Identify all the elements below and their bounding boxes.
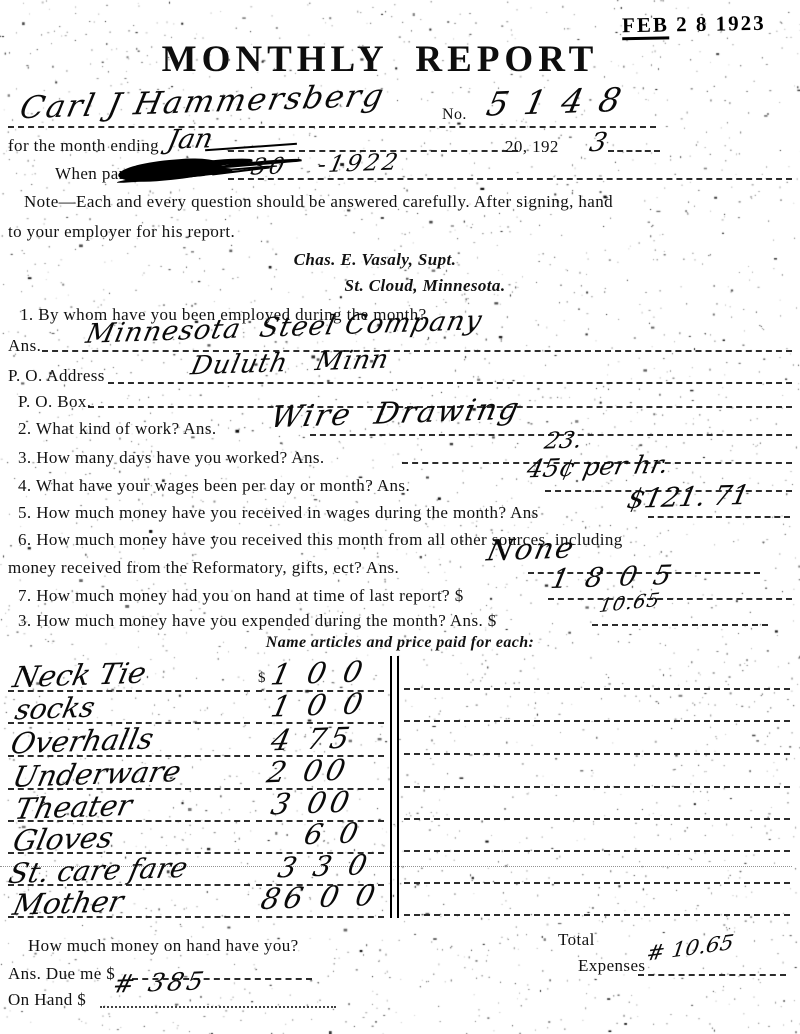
dashed-rule	[8, 126, 656, 128]
question-8-label: 3. How much money have you expended duri…	[18, 611, 497, 631]
expense-item-name: socks	[12, 691, 98, 727]
po-box-label: P. O. Box.	[18, 392, 91, 412]
stamp-month: FEB	[622, 12, 669, 40]
stamp-day-year: 2 8 1923	[676, 11, 766, 37]
date-suffix: 20, 192	[505, 137, 559, 157]
onhand-label: On Hand $	[8, 990, 86, 1010]
po-address-label: P. O. Address	[8, 366, 105, 386]
expense-item-name: Gloves	[10, 820, 116, 857]
dashed-rule	[108, 382, 792, 384]
answer-5-handwritten: $121. 71	[624, 480, 752, 515]
dashed-rule	[648, 516, 790, 518]
dotted-rule	[100, 1006, 336, 1008]
expense-item-name: Mother	[10, 884, 127, 922]
due-me-label: Ans. Due me $	[8, 964, 115, 984]
dashed-rule	[404, 882, 790, 884]
note-line1: Note—Each and every question should be a…	[24, 192, 613, 212]
dashed-rule	[404, 914, 790, 916]
table-column-divider	[390, 656, 399, 918]
expense-item-price: 86 0 0	[258, 878, 382, 916]
dashed-rule	[592, 624, 768, 626]
expense-item-name: Theater	[12, 788, 135, 826]
paroled-date-handwritten: 30 -1922	[249, 149, 403, 180]
month-ending-label: for the month ending	[8, 136, 159, 156]
dashed-rule	[404, 850, 790, 852]
received-date-stamp: FEB 2 8 1923	[622, 11, 766, 39]
question-6-line2: money received from the Reformatory, gif…	[8, 558, 399, 578]
no-label: No.	[442, 106, 467, 124]
note-line2: to your employer for his report.	[8, 222, 235, 242]
answer-4-handwritten: 45¢ per hr.	[524, 450, 671, 484]
expense-item-price: 6 0	[262, 816, 365, 852]
dashed-rule	[404, 818, 790, 820]
expenses-label: Expenses	[578, 956, 645, 976]
dashed-rule	[608, 150, 660, 152]
dashed-rule	[256, 916, 384, 918]
answer-3-handwritten: 23.	[542, 427, 584, 454]
expense-item-name: Neck Tie	[10, 656, 150, 695]
answer-1-label: Ans.	[8, 336, 41, 356]
currency-symbol: $	[258, 670, 266, 687]
expense-item-price: 1 0 0	[268, 686, 370, 723]
expense-table-heading: Name articles and price paid for each:	[200, 634, 600, 652]
superintendent-name: Chas. E. Vasaly, Supt.	[150, 250, 600, 270]
dashed-rule	[638, 974, 786, 976]
expense-item-price: 3 00	[268, 785, 357, 822]
question-2-label: 2. What kind of work? Ans.	[18, 419, 216, 439]
dashed-rule	[548, 598, 792, 600]
dashed-rule	[404, 720, 790, 722]
expense-item-price: 4 75	[268, 721, 357, 758]
onhand-question: How much money on hand have you?	[28, 936, 299, 956]
inmate-number-handwritten: 5148	[483, 79, 641, 123]
dashed-rule	[404, 753, 790, 755]
question-3-label: 3. How many days have you worked? Ans.	[18, 448, 325, 468]
question-4-label: 4. What have your wages been per day or …	[18, 476, 410, 496]
total-label: Total	[558, 930, 595, 950]
page-title: MONTHLY REPORT	[150, 38, 610, 81]
expense-item-name: Underware	[10, 754, 184, 794]
answer-6-handwritten: None	[484, 530, 579, 567]
onhand-amount-handwritten: # 385	[111, 966, 210, 998]
dashed-rule	[404, 786, 790, 788]
question-7-label: 7. How much money had you on hand at tim…	[18, 586, 464, 606]
document-page: FEB 2 8 1923 MONTHLY REPORT Carl J Hamme…	[0, 0, 800, 1034]
expense-item-name: Overhalls	[8, 722, 157, 761]
superintendent-location: St. Cloud, Minnesota.	[250, 276, 600, 296]
dashed-rule	[42, 350, 792, 352]
question-5-label: 5. How much money have you received in w…	[18, 503, 539, 523]
dashed-rule	[404, 688, 790, 690]
expense-item-price: 2 00	[264, 753, 353, 790]
